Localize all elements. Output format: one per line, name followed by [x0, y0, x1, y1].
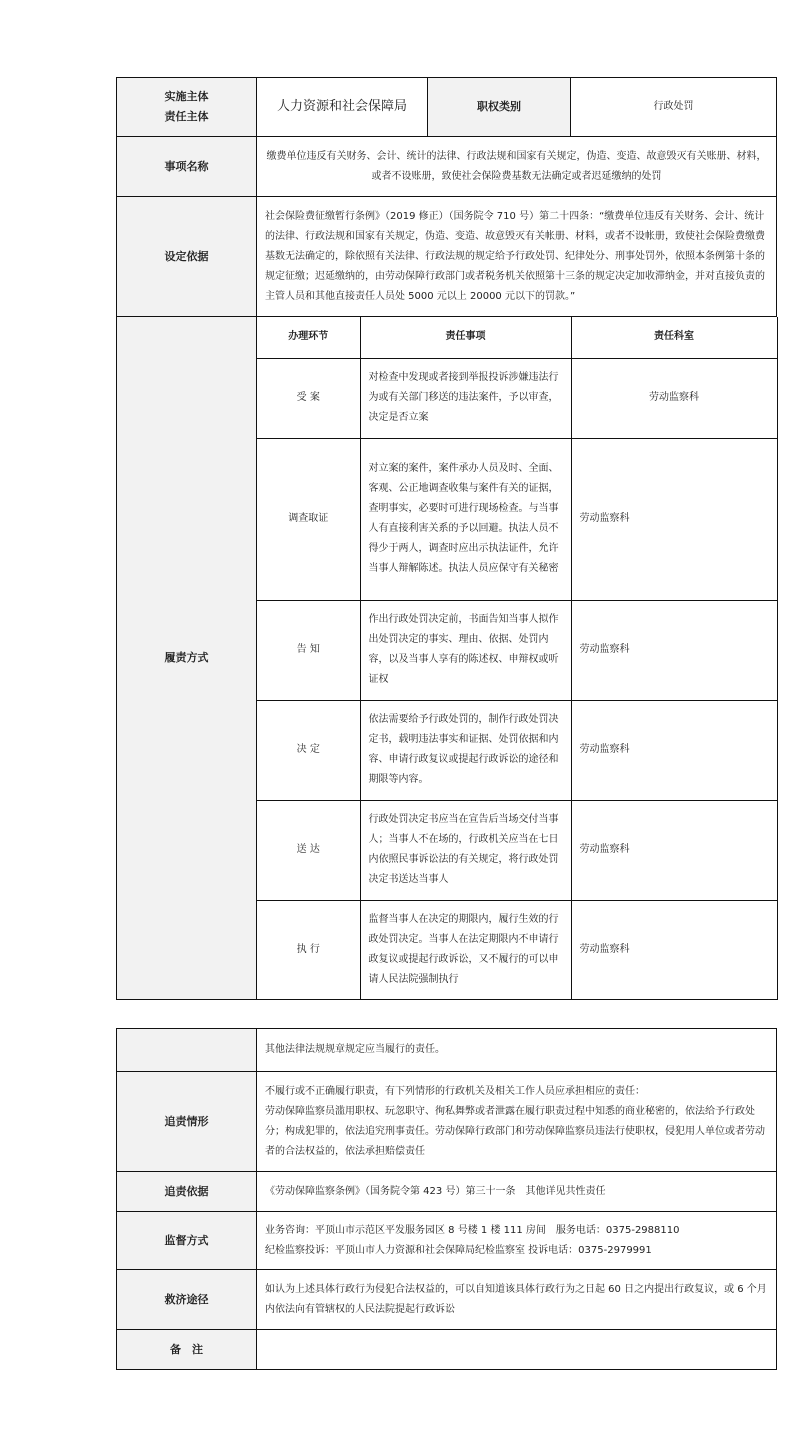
other-duty-value: 其他法律法规规章规定应当履行的责任。	[257, 1029, 777, 1072]
col-header-dept: 责任科室	[571, 317, 777, 358]
stage-cell: 调查取证	[257, 438, 360, 600]
dept-cell: 劳动监察科	[571, 600, 777, 700]
duty-cell: 监督当事人在决定的期限内，履行生效的行政处罚决定。当事人在法定期限内不申请行政复…	[360, 900, 571, 999]
stage-cell: 送 达	[257, 800, 360, 900]
duty-cell: 作出行政处罚决定前，书面告知当事人拟作出处罚决定的事实、理由、依据、处罚内容，以…	[360, 600, 571, 700]
basis-label: 设定依据	[117, 197, 257, 317]
other-duty-label	[117, 1029, 257, 1072]
remarks-value	[257, 1330, 777, 1370]
table-row: 送 达 行政处罚决定书应当在宣告后当场交付当事人；当事人不在场的，行政机关应当在…	[257, 800, 777, 900]
accountability-basis-value: 《劳动保障监察条例》（国务院令第 423 号）第三十一条 其他详见共性责任	[257, 1172, 777, 1212]
stage-cell: 决 定	[257, 700, 360, 800]
subtable-header-row: 办理环节 责任事项 责任科室	[257, 317, 777, 358]
situation-label: 追责情形	[117, 1072, 257, 1172]
supervision-value: 业务咨询：平顶山市示范区平发服务园区 8 号楼 1 楼 111 房间 服务电话：…	[257, 1212, 777, 1270]
dept-cell: 劳动监察科	[571, 358, 777, 438]
supervision-label: 监督方式	[117, 1212, 257, 1270]
supervision-line-complaint: 纪检监察投诉：平顶山市人力资源和社会保障局纪检监察室 投诉电话：0375-297…	[265, 1241, 768, 1261]
subject-label-line2: 责任主体	[117, 107, 256, 127]
col-header-stage: 办理环节	[257, 317, 360, 358]
table-row: 决 定 依法需要给予行政处罚的，制作行政处罚决定书，载明违法事实和证据、处罚依据…	[257, 700, 777, 800]
dept-cell: 劳动监察科	[571, 800, 777, 900]
accountability-basis-label: 追责依据	[117, 1172, 257, 1212]
duty-list-table: 实施主体 责任主体 人力资源和社会保障局 职权类别 行政处罚 事项名称 缴费单位…	[116, 77, 777, 1000]
item-name-label: 事项名称	[117, 137, 257, 197]
duty-cell: 对立案的案件，案件承办人员及时、全面、客观、公正地调查收集与案件有关的证据，查明…	[360, 438, 571, 600]
subject-label: 实施主体 责任主体	[117, 78, 257, 137]
table-row: 告 知 作出行政处罚决定前，书面告知当事人拟作出处罚决定的事实、理由、依据、处罚…	[257, 600, 777, 700]
table-row: 调查取证 对立案的案件，案件承办人员及时、全面、客观、公正地调查收集与案件有关的…	[257, 438, 777, 600]
duty-cell: 依法需要给予行政处罚的，制作行政处罚决定书，载明违法事实和证据、处罚依据和内容、…	[360, 700, 571, 800]
supervision-line-consult: 业务咨询：平顶山市示范区平发服务园区 8 号楼 1 楼 111 房间 服务电话：…	[265, 1221, 768, 1241]
stage-cell: 告 知	[257, 600, 360, 700]
remarks-label: 备 注	[117, 1330, 257, 1370]
duty-method-label: 履责方式	[117, 317, 257, 1000]
stage-cell: 受 案	[257, 358, 360, 438]
remedy-label: 救济途径	[117, 1270, 257, 1330]
duty-cell: 行政处罚决定书应当在宣告后当场交付当事人；当事人不在场的，行政机关应当在七日内依…	[360, 800, 571, 900]
situation-value: 不履行或不正确履行职责，有下列情形的行政机关及相关工作人员应承担相应的责任： 劳…	[257, 1072, 777, 1172]
accountability-table: 其他法律法规规章规定应当履行的责任。 追责情形 不履行或不正确履行职责，有下列情…	[116, 1028, 777, 1370]
dept-cell: 劳动监察科	[571, 438, 777, 600]
basis-value: 社会保险费征缴暂行条例》（2019 修正）（国务院令 710 号）第二十四条：“…	[257, 197, 777, 317]
dept-cell: 劳动监察科	[571, 900, 777, 999]
col-header-duty: 责任事项	[360, 317, 571, 358]
table-row: 受 案 对检查中发现或者接到举报投诉涉嫌违法行为或有关部门移送的违法案件，予以审…	[257, 358, 777, 438]
subject-value: 人力资源和社会保障局	[257, 78, 428, 137]
duty-method-subtable: 办理环节 责任事项 责任科室 受 案 对检查中发现或者接到举报投诉涉嫌违法行为或…	[257, 317, 778, 1000]
subject-label-line1: 实施主体	[117, 87, 256, 107]
stage-cell: 执 行	[257, 900, 360, 999]
table-row: 执 行 监督当事人在决定的期限内，履行生效的行政处罚决定。当事人在法定期限内不申…	[257, 900, 777, 999]
dept-cell: 劳动监察科	[571, 700, 777, 800]
duty-cell: 对检查中发现或者接到举报投诉涉嫌违法行为或有关部门移送的违法案件，予以审查，决定…	[360, 358, 571, 438]
category-label: 职权类别	[428, 78, 571, 137]
remedy-value: 如认为上述具体行政行为侵犯合法权益的，可以自知道该具体行政行为之日起 60 日之…	[257, 1270, 777, 1330]
duty-method-cell: 办理环节 责任事项 责任科室 受 案 对检查中发现或者接到举报投诉涉嫌违法行为或…	[257, 317, 777, 1000]
item-name-value: 缴费单位违反有关财务、会计、统计的法律、行政法规和国家有关规定，伪造、变造、故意…	[257, 137, 777, 197]
category-value: 行政处罚	[571, 78, 777, 137]
